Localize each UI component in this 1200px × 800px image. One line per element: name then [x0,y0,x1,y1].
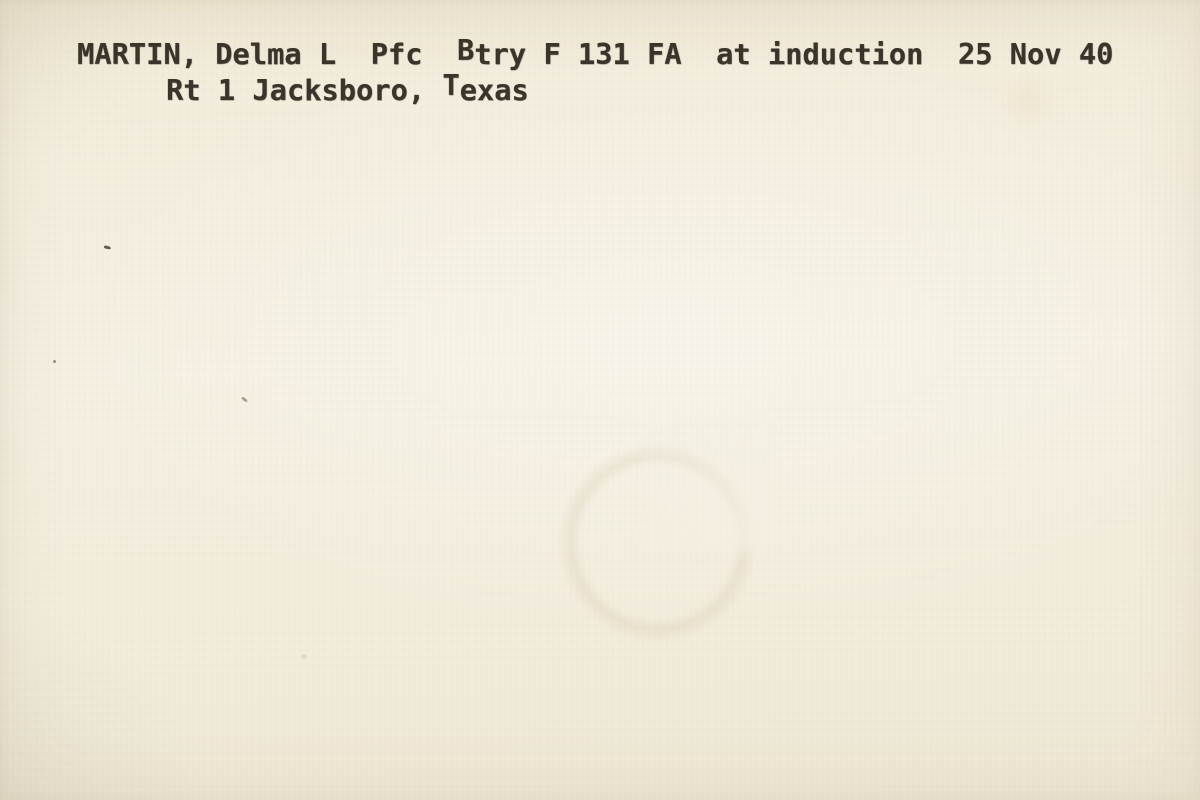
line2-raised-letter-T: T [442,68,459,102]
typed-line-address: Rt 1 Jacksboro, Texas [97,39,529,141]
paper-speck [301,654,307,659]
paper-speck [241,396,248,403]
paper-speck [104,245,112,250]
paper-smudge-fade [640,430,770,550]
paper-smudge [560,445,755,640]
line2-segment-route-town: Rt 1 Jacksboro, [166,73,442,107]
paper-speck [53,360,56,363]
line2-segment-state: exas [460,73,529,107]
line1-segment-unit-date: try F 131 FA at induction 25 Nov 40 [474,37,1113,71]
index-card: MARTIN, Delma L Pfc Btry F 131 FA at ind… [0,0,1200,800]
